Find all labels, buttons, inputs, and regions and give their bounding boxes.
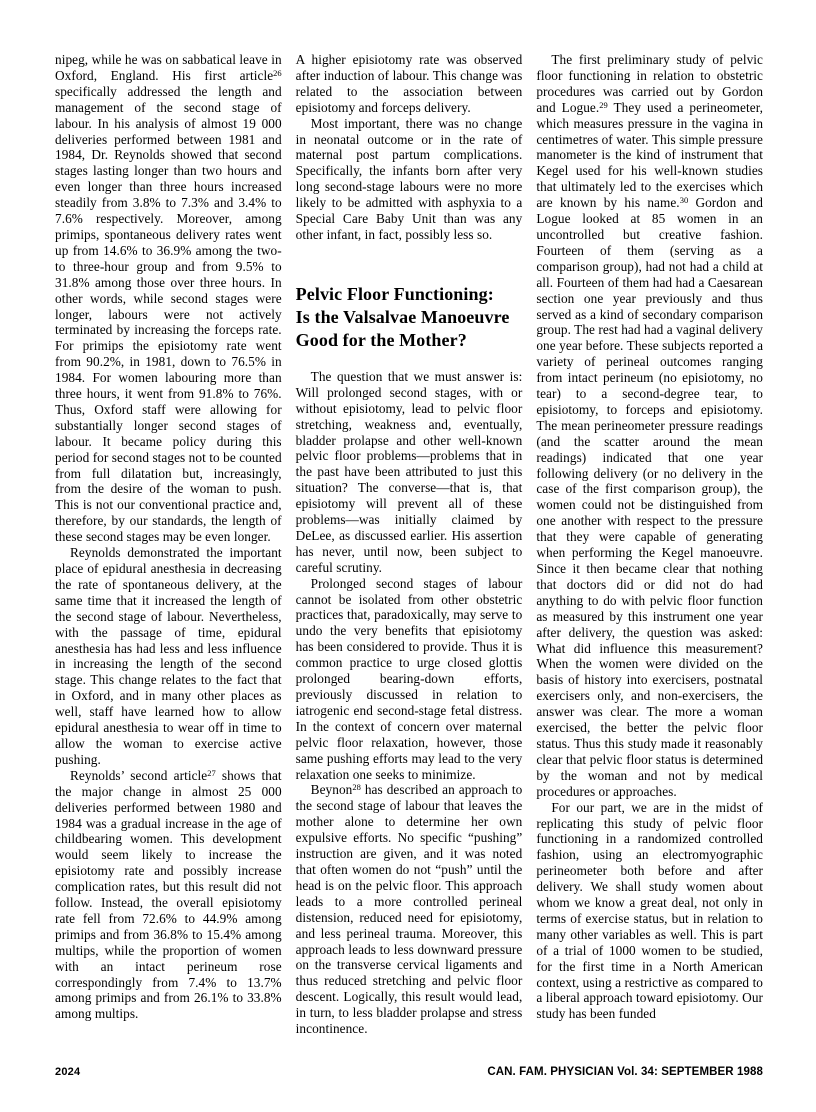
- paragraph: Prolonged second stages of labour cannot…: [296, 576, 523, 783]
- paragraph: Reynolds’ second article27 shows that th…: [55, 768, 282, 1023]
- column-middle: A higher episiotomy rate was observed af…: [296, 52, 523, 1037]
- reference-superscript: 26: [273, 68, 282, 78]
- column-left: nipeg, while he was on sabbatical leave …: [55, 52, 282, 1037]
- paragraph: A higher episiotomy rate was observed af…: [296, 52, 523, 116]
- article-columns: nipeg, while he was on sabbatical leave …: [55, 52, 763, 1037]
- reference-superscript: 28: [352, 782, 361, 792]
- paragraph: nipeg, while he was on sabbatical leave …: [55, 52, 282, 545]
- reference-superscript: 29: [599, 100, 608, 110]
- paragraph: For our part, we are in the midst of rep…: [536, 800, 763, 1023]
- paragraph: Most important, there was no change in n…: [296, 116, 523, 243]
- paragraph: The question that we must answer is: Wil…: [296, 369, 523, 576]
- journal-citation: CAN. FAM. PHYSICIAN Vol. 34: SEPTEMBER 1…: [487, 1066, 763, 1078]
- reference-superscript: 30: [680, 195, 689, 205]
- journal-page: nipeg, while he was on sabbatical leave …: [0, 0, 816, 1112]
- column-right: The first preliminary study of pelvic fl…: [536, 52, 763, 1037]
- section-heading: Pelvic Floor Functioning:Is the Valsalva…: [296, 283, 523, 352]
- paragraph: Beynon28 has described an approach to th…: [296, 782, 523, 1037]
- reference-superscript: 27: [207, 768, 216, 778]
- page-number: 2024: [55, 1066, 80, 1078]
- paragraph: The first preliminary study of pelvic fl…: [536, 52, 763, 800]
- paragraph: Reynolds demonstrated the important plac…: [55, 545, 282, 768]
